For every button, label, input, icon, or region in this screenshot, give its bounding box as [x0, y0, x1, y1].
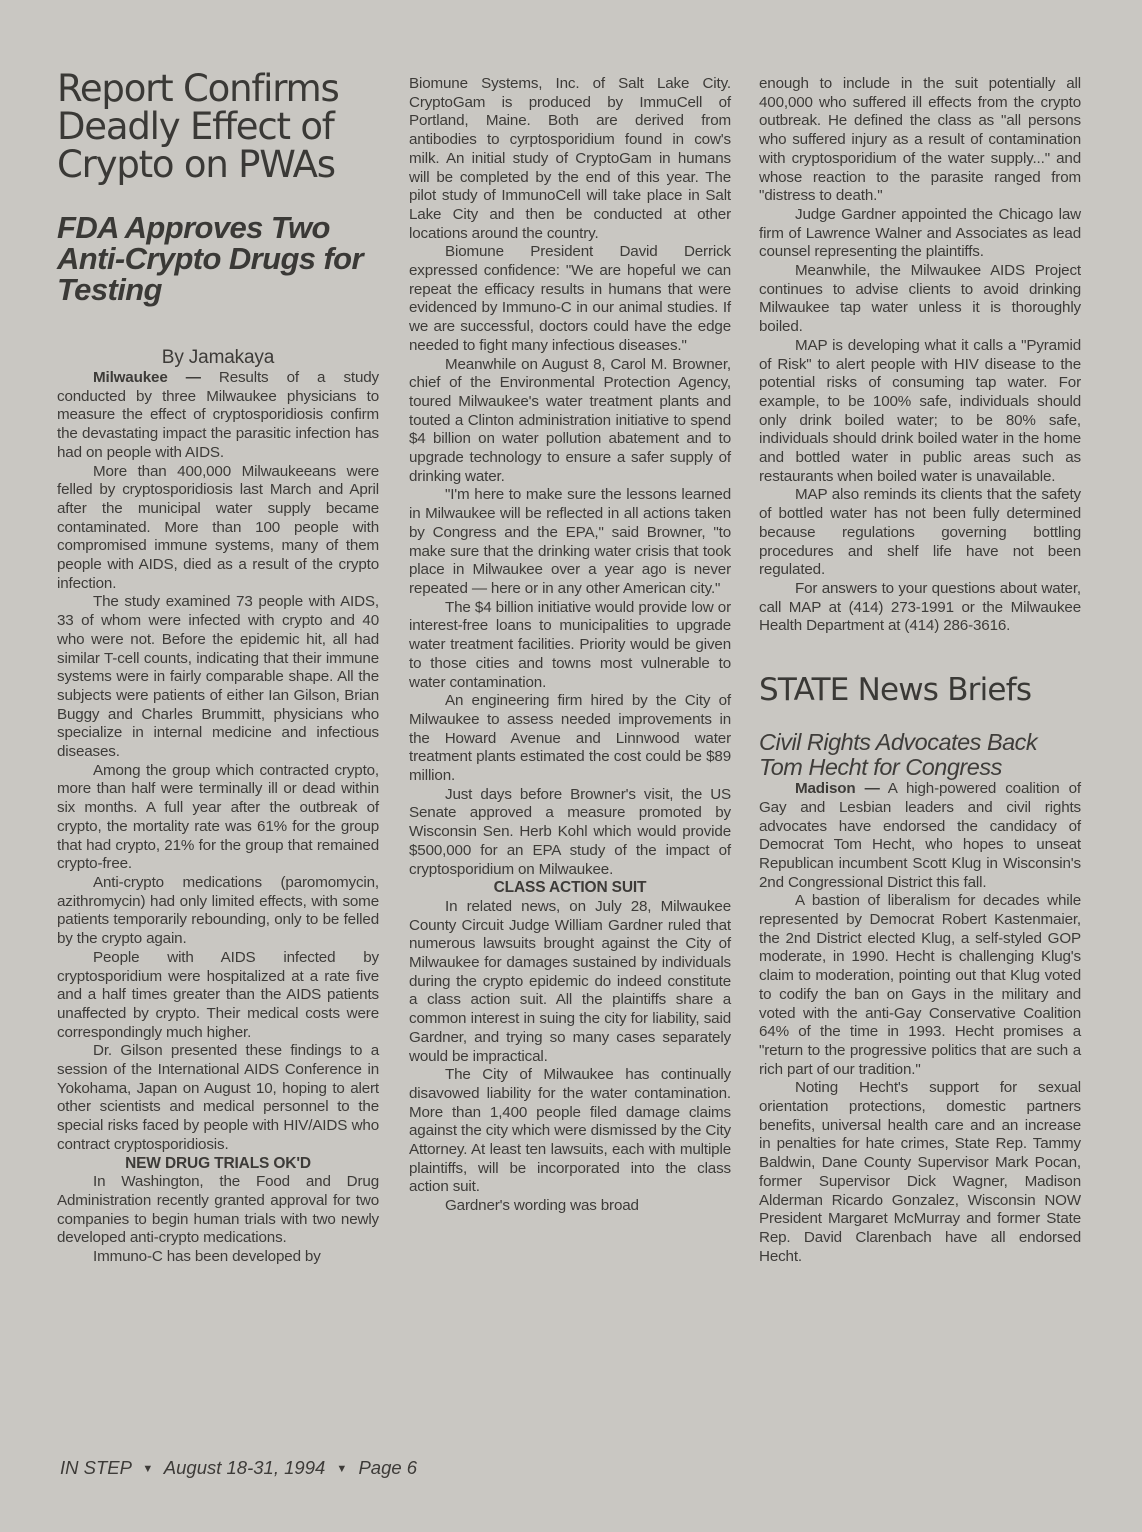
paragraph: Biomune Systems, Inc. of Salt Lake City.…	[409, 75, 731, 243]
paragraph: The City of Milwaukee has continually di…	[409, 1066, 731, 1197]
section-heading-class-action-suit: CLASS ACTION SUIT	[409, 879, 731, 898]
paragraph: For answers to your questions about wate…	[759, 580, 1081, 636]
paragraph: An engineering firm hired by the City of…	[409, 692, 731, 786]
section-heading-new-drug-trials: NEW DRUG TRIALS OK'D	[57, 1155, 379, 1174]
column-3: enough to include in the suit potentiall…	[759, 75, 1081, 1266]
triangle-separator-icon: ▼	[142, 1463, 153, 1475]
paragraph: Noting Hecht's support for sexual orient…	[759, 1079, 1081, 1266]
paragraph: In Washington, the Food and Drug Adminis…	[57, 1173, 379, 1248]
triangle-separator-icon: ▼	[336, 1463, 347, 1475]
paragraph: The $4 billion initiative would provide …	[409, 599, 731, 693]
page-number: Page 6	[358, 1457, 417, 1478]
paragraph: Gardner's wording was broad	[409, 1197, 731, 1216]
paragraph: More than 400,000 Milwaukeeans were fell…	[57, 463, 379, 594]
column-2: Biomune Systems, Inc. of Salt Lake City.…	[409, 75, 731, 1216]
article-headline: Report Confirms Deadly Effect of Crypto …	[57, 70, 379, 184]
paragraph: A bastion of liberalism for decades whil…	[759, 892, 1081, 1079]
paragraph: Among the group which contracted crypto,…	[57, 762, 379, 874]
paragraph: Meanwhile on August 8, Carol M. Browner,…	[409, 356, 731, 487]
paragraph: enough to include in the suit potentiall…	[759, 75, 1081, 206]
issue-date: August 18-31, 1994	[164, 1457, 326, 1478]
paragraph: Biomune President David Derrick expresse…	[409, 243, 731, 355]
dateline: Madison —	[795, 780, 880, 797]
paragraph: In related news, on July 28, Milwaukee C…	[409, 898, 731, 1066]
byline: By Jamakaya	[57, 347, 379, 369]
paragraph: Madison — A high-powered coalition of Ga…	[759, 780, 1081, 892]
page-footer: IN STEP ▼ August 18-31, 1994 ▼ Page 6	[60, 1457, 417, 1479]
dateline: Milwaukee —	[93, 369, 201, 386]
paragraph: Immuno-C has been developed by	[57, 1248, 379, 1267]
paragraph: "I'm here to make sure the lessons learn…	[409, 486, 731, 598]
paragraph: People with AIDS infected by cryptospori…	[57, 949, 379, 1043]
state-news-briefs-title: STATE News Briefs	[759, 672, 1081, 708]
publication-name: IN STEP	[60, 1457, 131, 1478]
article-subhead: FDA Approves Two Anti-Crypto Drugs for T…	[57, 212, 379, 305]
paragraph: Milwaukee — Results of a study conducted…	[57, 369, 379, 463]
paragraph: Judge Gardner appointed the Chicago law …	[759, 206, 1081, 262]
paragraph: MAP also reminds its clients that the sa…	[759, 486, 1081, 580]
paragraph: Meanwhile, the Milwaukee AIDS Project co…	[759, 262, 1081, 337]
paragraph: Anti-crypto medications (paromomycin, az…	[57, 874, 379, 949]
brief-headline: Civil Rights Advocates Back Tom Hecht fo…	[759, 730, 1081, 780]
paragraph: MAP is developing what it calls a "Pyram…	[759, 337, 1081, 487]
column-1: Report Confirms Deadly Effect of Crypto …	[57, 70, 379, 1267]
paragraph: Dr. Gilson presented these findings to a…	[57, 1042, 379, 1154]
paragraph: The study examined 73 people with AIDS, …	[57, 593, 379, 761]
paragraph: Just days before Browner's visit, the US…	[409, 786, 731, 880]
